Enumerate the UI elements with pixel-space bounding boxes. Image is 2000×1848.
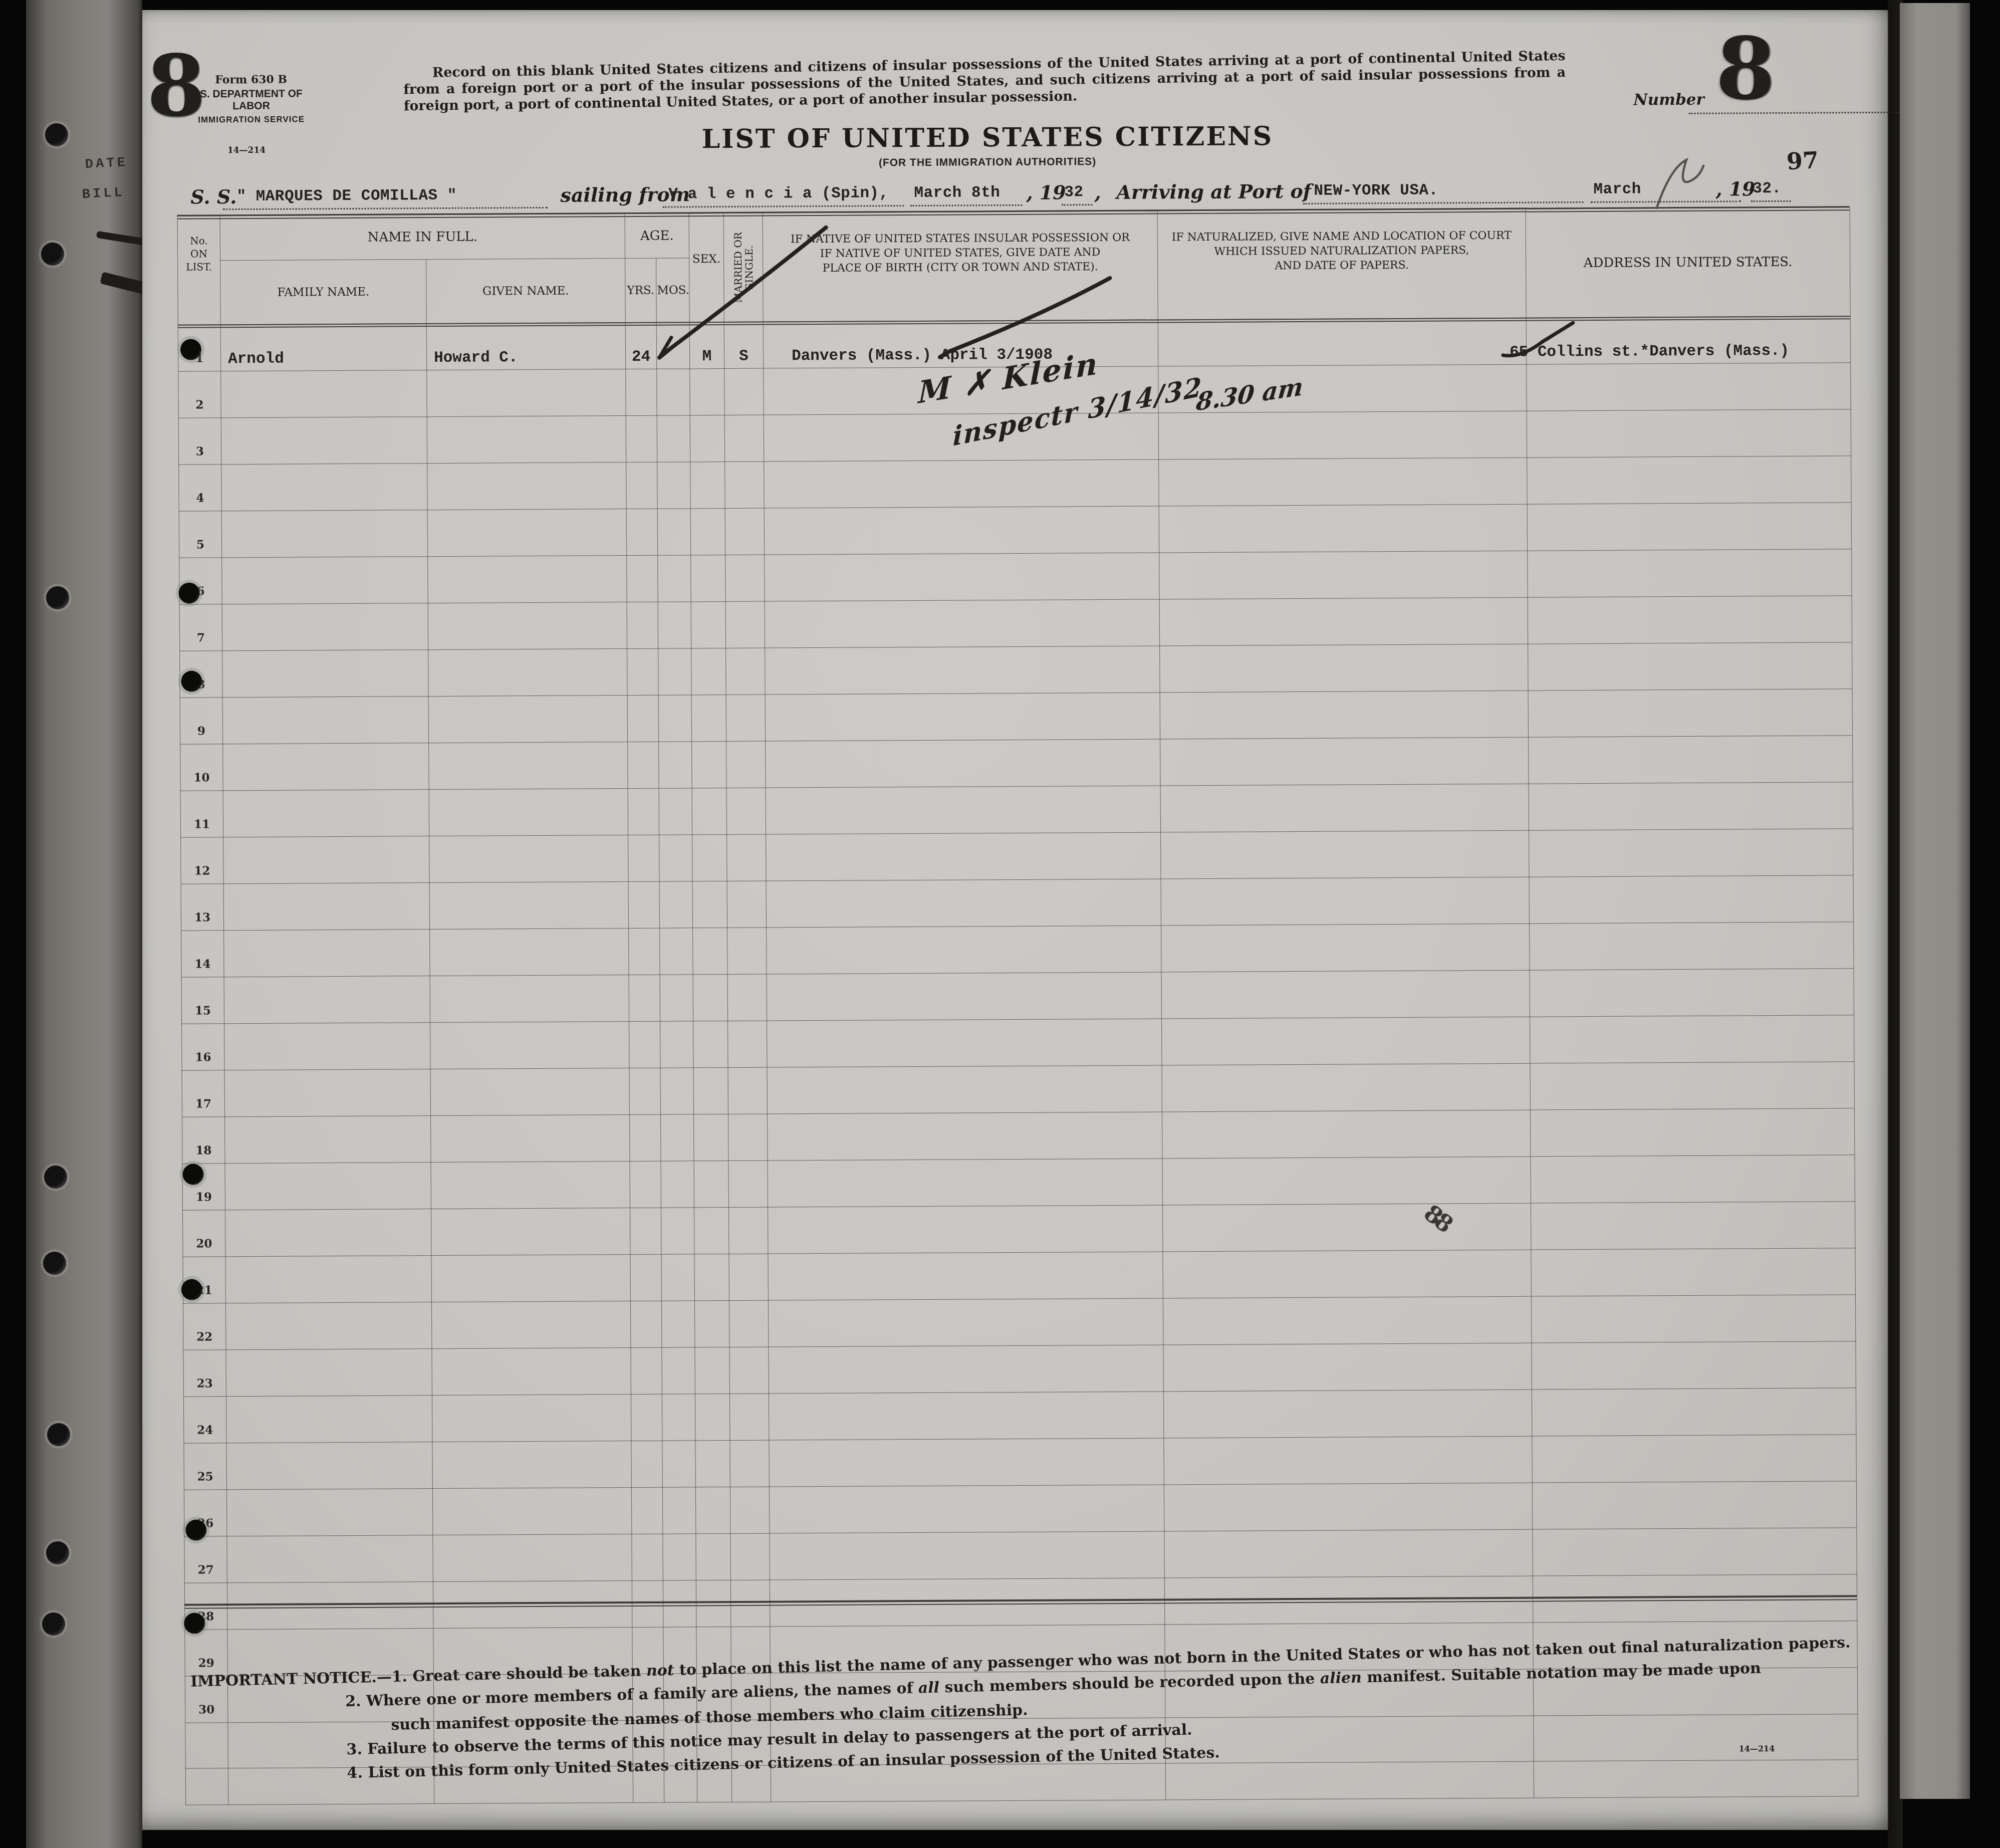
cell-given — [427, 369, 626, 417]
cell-address — [1529, 829, 1853, 877]
cell-naturalized — [1163, 1296, 1531, 1345]
cell-empty — [185, 1768, 228, 1805]
cell-birth — [767, 1019, 1162, 1067]
cell-married — [729, 1347, 769, 1394]
cell-married — [727, 974, 767, 1021]
number-label: Number — [1633, 91, 1704, 109]
cell-mos — [658, 555, 691, 602]
cell-mos — [659, 742, 692, 788]
cell-family — [221, 370, 427, 418]
arrival-year-printed: , 19 — [1715, 177, 1756, 200]
cell-naturalized — [1163, 1390, 1532, 1438]
header-married-or-single: MARRIED OR SINGLE. — [723, 213, 763, 322]
cell-no: 27 — [184, 1536, 227, 1583]
cell-sex — [690, 509, 725, 555]
cell-address — [1530, 922, 1854, 970]
cell-yrs — [626, 369, 657, 415]
table-row: 21 — [183, 1248, 1855, 1303]
cell-family — [225, 1302, 431, 1350]
table-row: 19 — [182, 1155, 1855, 1210]
cell-no: 24 — [183, 1397, 226, 1443]
cell-mos — [657, 415, 690, 462]
cell-no: 13 — [181, 884, 223, 931]
cell-sex — [692, 881, 727, 928]
cell-mos — [660, 1068, 694, 1114]
cell-no: 22 — [183, 1303, 225, 1350]
cell-married — [726, 741, 766, 788]
table-row: 16 — [182, 1015, 1854, 1070]
cell-yrs — [629, 1021, 660, 1068]
arrival-year-typed: 32. — [1753, 177, 1782, 200]
cell-yrs — [626, 462, 657, 509]
cell-yrs — [631, 1394, 662, 1441]
cell-given: Howard C. — [426, 323, 625, 370]
cell-mos — [658, 602, 691, 648]
table-row: 11 — [180, 782, 1853, 837]
bill-stamp: BILL — [82, 185, 125, 202]
cell-birth — [769, 1438, 1164, 1487]
header-mos: MOS. — [656, 258, 690, 322]
cell-family — [222, 650, 428, 698]
cell-sex — [692, 742, 726, 788]
cell-yrs — [632, 1534, 663, 1580]
cell-family — [223, 883, 429, 931]
cell-birth — [768, 1112, 1162, 1161]
cell-naturalized — [1158, 411, 1527, 459]
cell-naturalized — [1161, 923, 1530, 972]
cell-family — [226, 1442, 432, 1490]
punch-hole — [181, 670, 202, 691]
cell-mos — [661, 1114, 694, 1161]
cell-married — [725, 555, 765, 601]
cell-yrs — [627, 648, 658, 695]
cell-family — [224, 930, 430, 977]
cell-no: 18 — [182, 1117, 225, 1164]
cell-mos — [659, 788, 692, 835]
cell-yrs — [628, 788, 659, 835]
cell-naturalized — [1159, 457, 1527, 506]
cell-married — [730, 1533, 770, 1580]
cell-sex: M — [689, 322, 724, 369]
cell-given — [431, 1115, 630, 1163]
cell-address — [1531, 1155, 1855, 1203]
cell-naturalized — [1161, 970, 1530, 1019]
cell-mos — [659, 835, 693, 881]
cell-given — [431, 1255, 630, 1302]
cell-no: 12 — [181, 837, 223, 884]
cell-address — [1529, 782, 1853, 830]
cell-address — [1530, 969, 1854, 1017]
binder-hole — [42, 1612, 65, 1636]
cell-sex — [695, 1440, 730, 1487]
header-family-name: FAMILY NAME. — [220, 260, 427, 325]
cell-mos — [656, 322, 690, 369]
cell-given — [428, 649, 627, 697]
cell-sex — [691, 555, 725, 602]
table-row: 9 — [180, 689, 1852, 744]
sailing-year-printed: , 19 — [1026, 181, 1066, 204]
cell-mos — [657, 369, 690, 415]
cell-address — [1531, 1248, 1855, 1296]
underlying-sheet-edge — [1900, 3, 1970, 1799]
cell-birth — [767, 1065, 1162, 1114]
cell-family — [226, 1489, 432, 1536]
cell-family — [224, 1069, 430, 1117]
table-row: 4 — [179, 456, 1851, 511]
cell-family — [221, 510, 427, 558]
cell-mos — [658, 695, 692, 742]
cell-address — [1530, 1015, 1854, 1063]
cell-no: 4 — [179, 465, 221, 511]
cell-given — [432, 1441, 631, 1489]
cell-married — [730, 1487, 769, 1533]
cell-yrs — [628, 742, 659, 788]
cell-birth — [767, 926, 1161, 974]
cell-mos — [657, 462, 691, 509]
cell-given — [428, 602, 627, 650]
header-address: ADDRESS IN UNITED STATES. — [1526, 207, 1850, 318]
sailing-year-blank — [1062, 204, 1093, 205]
cell-given — [429, 882, 628, 930]
plate-code-top: 14—214 — [227, 145, 266, 155]
page-subtitle: (FOR THE IMMIGRATION AUTHORITIES) — [404, 153, 1571, 171]
cell-address — [1530, 1062, 1854, 1110]
cell-yrs — [629, 928, 660, 975]
binder-hole — [47, 1423, 70, 1446]
cell-sex — [695, 1487, 730, 1533]
cell-address — [1527, 409, 1851, 457]
punch-hole — [178, 583, 199, 604]
table-row: 18 — [182, 1108, 1855, 1164]
cell-given — [428, 696, 627, 743]
cell-birth — [764, 506, 1159, 555]
cell-birth — [768, 1298, 1163, 1347]
record-instruction-paragraph: Record on this blank United States citiz… — [403, 48, 1566, 114]
table-row: 17 — [182, 1062, 1854, 1117]
cell-family — [224, 976, 430, 1024]
cell-birth — [765, 553, 1159, 601]
cell-address — [1527, 363, 1851, 411]
arrival-month: March — [1593, 178, 1641, 201]
cell-yrs — [628, 835, 659, 881]
cell-given — [431, 1162, 630, 1209]
cell-sex — [696, 1533, 730, 1580]
cell-given — [433, 1534, 632, 1582]
cell-sex — [690, 369, 724, 415]
cell-birth — [766, 832, 1161, 881]
binder-hole — [41, 243, 64, 266]
cell-no: 2 — [178, 371, 221, 418]
punch-hole — [184, 1612, 205, 1634]
cell-family — [227, 1582, 433, 1630]
cell-married — [728, 1021, 767, 1067]
cell-sex — [693, 1068, 728, 1114]
cell-married — [727, 834, 766, 881]
table-row: 15 — [181, 969, 1854, 1024]
cell-empty — [1534, 1714, 1858, 1761]
cell-mos — [660, 1021, 694, 1068]
cell-no: 16 — [182, 1024, 224, 1070]
cell-married — [724, 415, 764, 461]
table-row: 20 — [183, 1202, 1855, 1257]
cell-family — [227, 1535, 433, 1583]
cell-yrs — [630, 1208, 661, 1254]
cell-birth — [768, 1159, 1162, 1207]
cell-family — [223, 743, 429, 791]
cell-birth: Danvers (Mass.) April 3/1908 — [763, 320, 1158, 368]
cell-yrs: 24 — [625, 322, 656, 369]
cell-mos — [663, 1534, 696, 1580]
binder-hole — [44, 1166, 67, 1189]
cell-family — [223, 790, 429, 837]
cell-yrs — [629, 1068, 660, 1114]
cell-birth — [766, 786, 1160, 834]
cell-family — [225, 1163, 431, 1210]
cell-empty — [185, 1723, 228, 1768]
ss-label: S. S. — [190, 185, 236, 208]
sailing-comma: , — [1094, 181, 1101, 204]
cell-married — [726, 648, 765, 695]
cell-address — [1531, 1202, 1855, 1250]
table-row: 27 — [184, 1528, 1857, 1583]
binder-spine: DATE BILL — [26, 0, 142, 1848]
table-row: 13 — [181, 875, 1853, 931]
service-name: IMMIGRATION SERVICE — [186, 114, 317, 125]
page-title: LIST OF UNITED STATES CITIZENS — [404, 119, 1571, 156]
cell-no: 7 — [179, 604, 222, 651]
cell-family — [224, 1023, 430, 1070]
cell-mos — [661, 1301, 695, 1347]
cell-no: 29 — [185, 1630, 227, 1676]
cell-given — [428, 556, 627, 603]
table-body: 1ArnoldHoward C.24MSDanvers (Mass.) Apri… — [178, 316, 1858, 1805]
table-row: 23 — [183, 1341, 1856, 1397]
cell-address — [1529, 875, 1853, 923]
cell-given — [431, 1208, 630, 1256]
cell-yrs — [631, 1487, 662, 1534]
cell-naturalized — [1159, 551, 1528, 599]
cell-naturalized — [1160, 690, 1528, 739]
manifest-sheet: 8 Form 630 B S. DEPARTMENT OF LABOR IMMI… — [142, 10, 1889, 1830]
cell-yrs — [631, 1347, 662, 1394]
cell-given — [431, 1301, 630, 1349]
sailing-year-typed: 32 — [1064, 181, 1083, 204]
cell-birth — [765, 646, 1160, 695]
punch-hole — [185, 1519, 206, 1540]
cell-no: 23 — [183, 1350, 226, 1397]
cell-naturalized — [1162, 1157, 1531, 1205]
cell-given — [432, 1395, 631, 1442]
cell-given — [430, 975, 629, 1023]
cell-address — [1529, 736, 1853, 784]
cell-family — [221, 464, 427, 511]
cell-naturalized — [1164, 1436, 1532, 1485]
cell-mos — [662, 1441, 696, 1487]
cell-naturalized — [1158, 318, 1526, 366]
cell-address — [1531, 1108, 1855, 1157]
cell-married — [729, 1207, 768, 1254]
table-row: 6 — [179, 549, 1852, 604]
cell-given — [432, 1348, 631, 1396]
header-given-name: GIVEN NAME. — [426, 259, 626, 324]
cell-married — [730, 1580, 770, 1627]
header-birth: IF NATIVE OF UNITED STATES INSULAR POSSE… — [763, 211, 1158, 322]
cell-birth — [769, 1392, 1163, 1440]
table-row: 26 — [184, 1481, 1856, 1536]
header-sex: SEX. — [689, 213, 724, 322]
cell-mos — [663, 1580, 696, 1627]
cell-yrs — [626, 415, 657, 462]
cell-sex — [694, 1114, 728, 1161]
cell-mos — [661, 1254, 695, 1301]
cell-no: 11 — [180, 791, 223, 837]
cell-mos — [662, 1487, 696, 1534]
cell-married — [725, 461, 764, 508]
cell-naturalized — [1162, 1017, 1530, 1065]
cell-address — [1528, 596, 1852, 644]
cell-no: 5 — [179, 511, 221, 558]
cell-birth — [765, 692, 1160, 741]
cell-naturalized — [1162, 1110, 1531, 1159]
cell-sex — [691, 648, 726, 695]
cell-empty — [1165, 1716, 1534, 1763]
cell-no: 17 — [182, 1070, 224, 1117]
cell-yrs — [631, 1441, 662, 1487]
cell-sex — [694, 1161, 728, 1208]
cell-no: 20 — [183, 1210, 225, 1257]
cell-birth — [770, 1531, 1164, 1580]
cell-sex — [694, 1208, 729, 1254]
cell-sex — [691, 695, 726, 742]
cell-yrs — [630, 1301, 661, 1347]
cell-family — [225, 1256, 431, 1303]
cell-mos — [660, 928, 693, 975]
cell-birth — [766, 879, 1161, 928]
cell-yrs — [630, 1114, 661, 1161]
header-naturalized: IF NATURALIZED, GIVE NAME AND LOCATION O… — [1157, 209, 1526, 320]
cell-naturalized — [1160, 737, 1529, 786]
cell-naturalized — [1161, 830, 1529, 879]
cell-married — [728, 1161, 768, 1207]
cell-married — [728, 1067, 767, 1114]
cell-address — [1533, 1528, 1857, 1576]
cell-no: 9 — [180, 698, 222, 744]
punch-hole — [183, 1164, 204, 1185]
cell-given — [433, 1581, 632, 1629]
cell-address — [1531, 1295, 1855, 1343]
form-number: Form 630 B — [186, 73, 316, 86]
arrival-year-blank — [1751, 200, 1791, 202]
binder-hole — [43, 1252, 66, 1275]
cell-mos — [662, 1394, 695, 1441]
cell-birth — [764, 459, 1159, 508]
cell-family — [221, 417, 427, 465]
cell-sex — [693, 975, 727, 1021]
cell-address — [1532, 1388, 1856, 1436]
sailing-date: March 8th — [914, 181, 1000, 205]
cell-sex — [691, 602, 725, 648]
cell-sex — [690, 415, 724, 462]
cell-birth — [769, 1345, 1163, 1394]
table-row: 7 — [179, 596, 1852, 651]
cell-sex — [694, 1301, 729, 1347]
cell-no: 10 — [180, 744, 223, 791]
cell-married: S — [724, 322, 763, 368]
cell-mos — [661, 1161, 694, 1208]
cell-yrs — [626, 509, 657, 555]
cell-given — [427, 509, 626, 557]
cell-family — [222, 697, 428, 744]
cell-naturalized — [1160, 644, 1528, 692]
cell-family — [225, 1209, 431, 1257]
cell-yrs — [630, 1254, 661, 1301]
cell-given — [432, 1488, 631, 1535]
cell-birth — [766, 739, 1160, 788]
cell-naturalized — [1164, 1529, 1533, 1578]
form-identification-block: Form 630 B S. DEPARTMENT OF LABOR IMMIGR… — [186, 73, 317, 125]
cell-yrs — [630, 1161, 661, 1208]
cell-yrs — [628, 881, 659, 928]
cell-family — [226, 1396, 432, 1443]
table-row: 12 — [181, 829, 1853, 884]
cell-birth — [765, 599, 1159, 648]
cell-married — [729, 1394, 769, 1440]
cell-family — [226, 1349, 432, 1397]
cell-address — [1527, 456, 1851, 504]
cell-married — [729, 1300, 768, 1347]
header-yrs: YRS. — [625, 258, 657, 322]
cell-empty — [1534, 1760, 1858, 1798]
cell-yrs — [627, 695, 658, 742]
sheet-number-stamp-right: 8 — [1715, 26, 1777, 112]
cell-naturalized — [1159, 597, 1528, 646]
cell-no: 25 — [184, 1443, 226, 1490]
cell-married — [725, 601, 765, 648]
cell-naturalized — [1164, 1483, 1532, 1531]
cell-birth — [767, 972, 1161, 1021]
cell-married — [724, 368, 764, 415]
cell-family: Arnold — [220, 324, 426, 371]
cell-yrs — [629, 975, 660, 1021]
cell-naturalized — [1163, 1343, 1532, 1392]
table-row: 5 — [179, 503, 1851, 558]
cell-married — [729, 1254, 768, 1300]
cell-sex — [695, 1347, 729, 1394]
cell-sex — [692, 835, 727, 881]
cell-address — [1532, 1341, 1856, 1390]
cell-married — [730, 1440, 769, 1487]
cell-address — [1532, 1435, 1856, 1483]
notice-item2-number: 2. — [345, 1693, 361, 1711]
cell-given — [429, 789, 628, 836]
page-number: 97 — [1786, 146, 1820, 175]
cell-yrs — [632, 1580, 663, 1627]
cell-naturalized — [1159, 504, 1527, 553]
notice-item1-number: 1. — [391, 1668, 407, 1686]
punch-hole — [180, 339, 201, 360]
table-row: 22 — [183, 1295, 1855, 1350]
table-row: 14 — [181, 922, 1854, 977]
cell-address — [1528, 689, 1852, 737]
notice-item3-number: 3. — [346, 1741, 362, 1759]
table-row: 24 — [183, 1388, 1856, 1443]
cell-mos — [659, 881, 693, 928]
cell-family — [222, 603, 428, 651]
cell-no: 14 — [181, 931, 224, 977]
cell-naturalized — [1161, 877, 1529, 926]
cell-birth — [769, 1485, 1164, 1533]
cell-married — [726, 788, 766, 834]
